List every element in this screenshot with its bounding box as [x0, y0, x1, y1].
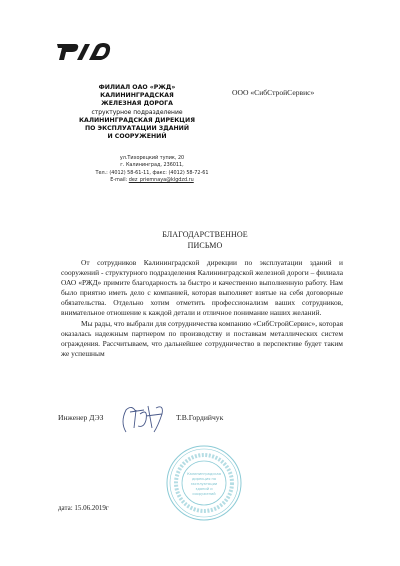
rzd-logo-icon [55, 38, 115, 62]
svg-text:сооружений: сооружений [192, 492, 216, 496]
org-line: ЖЕЛЕЗНАЯ ДОРОГА [62, 100, 212, 108]
address-line: Тел.: (4012) 58-61-11, факс: (4012) 58-7… [72, 170, 232, 177]
address-block: ул.Тихорецкий тупик, 20 г. Калининград, … [72, 155, 232, 185]
signer-name: Т.В.Гордийчук [176, 413, 223, 422]
org-line: И СООРУЖЕНИЙ [62, 133, 212, 141]
org-line: ФИЛИАЛ ОАО «РЖД» [62, 84, 212, 92]
stamp-icon: Калининградская дирекция по эксплуатации… [165, 444, 243, 522]
svg-text:дирекция по: дирекция по [192, 477, 216, 481]
title-line-2: ПИСЬМО [140, 240, 270, 251]
signer-position: Инженер ДЭЗ [58, 413, 103, 422]
org-line: КАЛИНИНГРАДСКАЯ [62, 92, 212, 100]
email-label: E-mail: [110, 177, 129, 183]
letter-title: БЛАГОДАРСТВЕННОЕ ПИСЬМО [140, 229, 270, 251]
svg-text:Калининградская: Калининградская [187, 472, 221, 476]
svg-text:зданий и: зданий и [195, 487, 213, 491]
signature-icon [118, 402, 178, 436]
org-line: ПО ЭКСПЛУАТАЦИИ ЗДАНИЙ [62, 125, 212, 133]
official-stamp: Калининградская дирекция по эксплуатации… [165, 444, 243, 522]
rzd-logo [55, 38, 115, 62]
organization-header: ФИЛИАЛ ОАО «РЖД» КАЛИНИНГРАДСКАЯ ЖЕЛЕЗНА… [62, 84, 212, 141]
org-line: КАЛИНИНГРАДСКАЯ ДИРЕКЦИЯ [62, 117, 212, 125]
address-line: г. Калининград, 236011, [72, 162, 232, 169]
org-line: структурное подразделение [62, 109, 212, 117]
handwritten-signature [118, 402, 178, 436]
body-paragraph: От сотрудников Калининградской дирекции … [61, 258, 343, 319]
recipient: ООО «СибСтройСервис» [232, 88, 314, 97]
letter-body: От сотрудников Калининградской дирекции … [61, 258, 343, 359]
email-link[interactable]: dez_priemnaya@klgdzd.ru [129, 177, 194, 183]
letter-date: дата: 15.06.2019г [58, 504, 109, 512]
title-line-1: БЛАГОДАРСТВЕННОЕ [140, 229, 270, 240]
email-line: E-mail: dez_priemnaya@klgdzd.ru [72, 177, 232, 184]
body-paragraph: Мы рады, что выбрали для сотрудничества … [61, 319, 343, 359]
svg-text:эксплуатации: эксплуатации [191, 482, 218, 486]
address-line: ул.Тихорецкий тупик, 20 [72, 155, 232, 162]
